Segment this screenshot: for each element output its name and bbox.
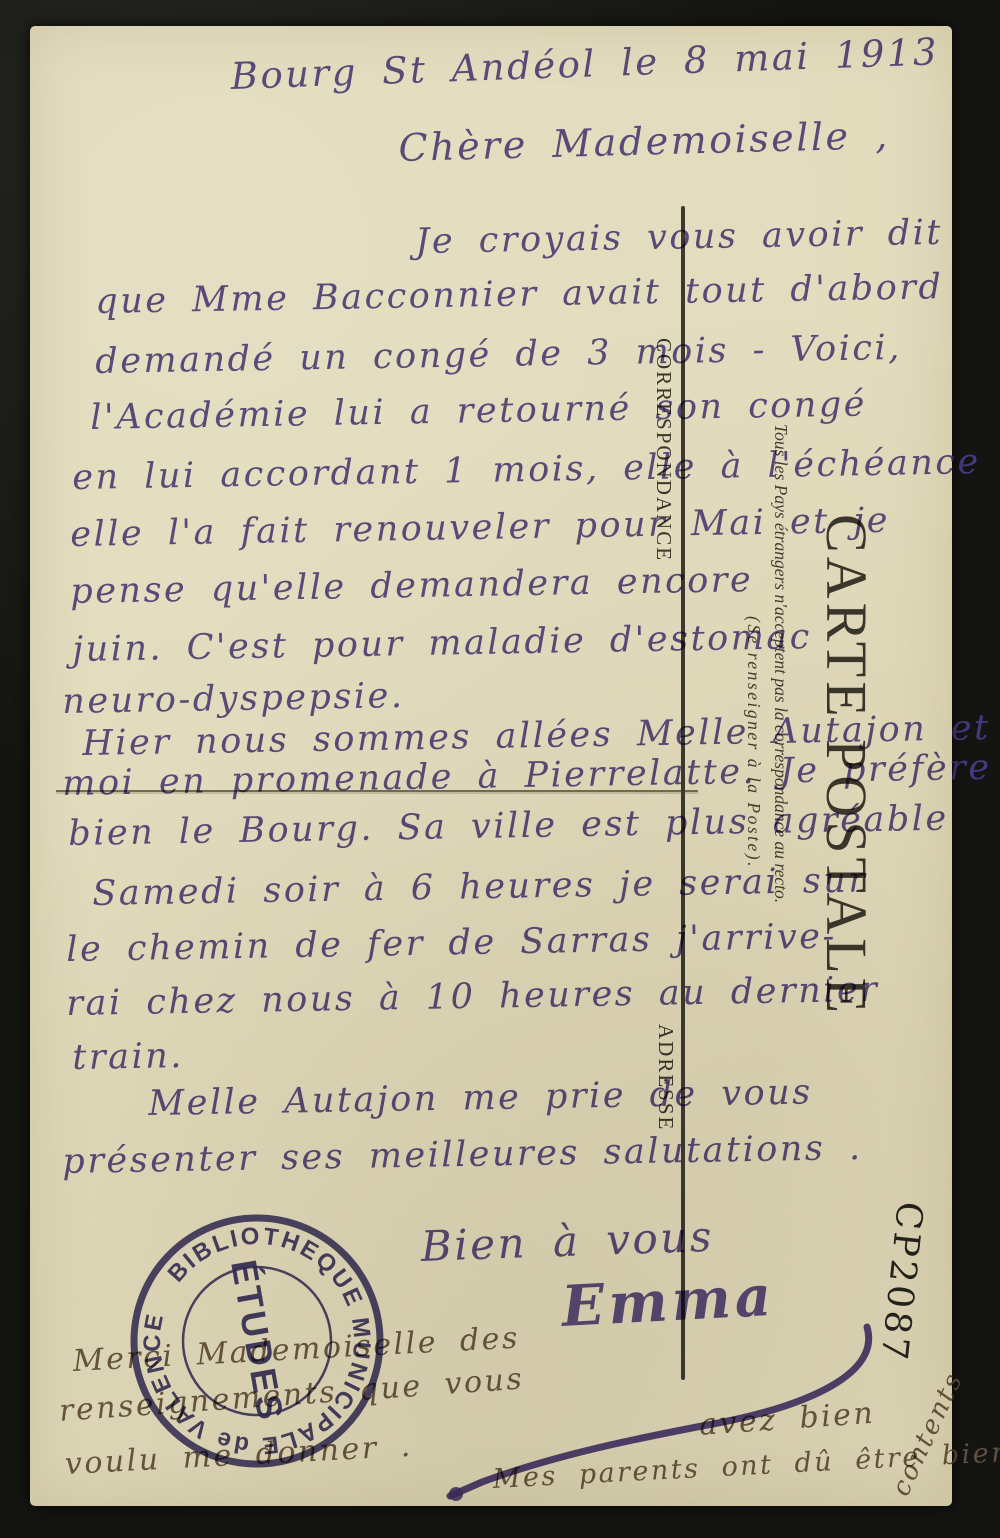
letter-line: Je croyais vous avoir dit xyxy=(415,213,943,262)
letter-salutation: Chère Mademoiselle , xyxy=(398,113,890,170)
letter-line: en lui accordant 1 mois, elle à l'échéan… xyxy=(72,442,981,498)
catalog-number: CP2087 xyxy=(872,1200,930,1365)
letter-signature: Emma xyxy=(560,1263,777,1340)
letter-line: demandé un congé de 3 mois - Voici, xyxy=(95,328,902,382)
letter-line: juin. C'est pour maladie d'estomac xyxy=(72,617,812,670)
flourish-ink-blob xyxy=(449,1487,463,1501)
library-stamp: BIBLIOTHEQUE MUNICIPALE de VALENCE ÉTUDE… xyxy=(126,1210,388,1472)
letter-line: neuro-dyspepsie. xyxy=(62,676,405,722)
letter-line: Melle Autajon me prie de vous xyxy=(148,1072,813,1124)
postscript-line: avez bien xyxy=(698,1396,876,1443)
scan-background: CORRESPONDANCE ADRESSE CARTE POSTALE Tou… xyxy=(0,0,1000,1538)
letter-line: rai chez nous à 10 heures au dernier xyxy=(66,970,880,1024)
letter-line: le chemin de fer de Sarras j'arrive- xyxy=(66,917,837,970)
stamp-center-text: ÉTUDES xyxy=(223,1257,292,1426)
letter-closing: Bien à vous xyxy=(420,1212,715,1271)
letter-line: présenter ses meilleures salutations . xyxy=(62,1128,863,1182)
postcard: CORRESPONDANCE ADRESSE CARTE POSTALE Tou… xyxy=(30,26,952,1506)
letter-line: que Mme Bacconnier avait tout d'abord xyxy=(95,267,944,322)
letter-line: Samedi soir à 6 heures je serai sur xyxy=(92,860,868,914)
letter-line: pense qu'elle demandera encore xyxy=(70,560,754,612)
letter-dateline: Bourg St Andéol le 8 mai 1913 xyxy=(230,30,940,98)
letter-line: train. xyxy=(72,1036,184,1078)
postscript-edge-note: contents xyxy=(886,1367,970,1501)
